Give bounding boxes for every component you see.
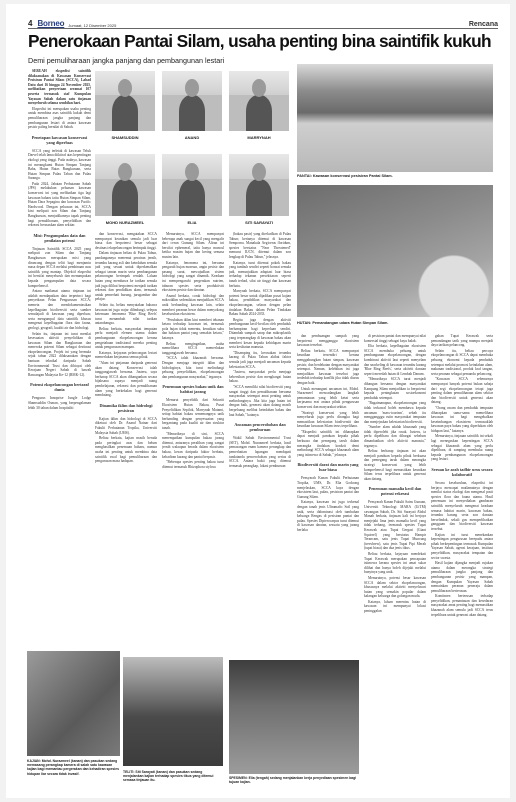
spesimen-night-work-photo bbox=[229, 660, 359, 774]
paragraph: Menurutnya, SCCA mempunyai beberapa anak… bbox=[162, 232, 224, 260]
paragraph: "Ekspedisi saintifik ini diharapkan dapa… bbox=[297, 430, 359, 458]
paragraph: Katanya, kejayaan pelancongan lestari me… bbox=[95, 351, 157, 360]
paragraph: "Bagaimanapun, ekopelancongan yang tidak… bbox=[364, 401, 426, 424]
portrait-name: MARRYNAH bbox=[229, 135, 289, 140]
section-heading: Ancaman pencerobohan dan pemburuan bbox=[229, 422, 291, 432]
issue-date: Jumaat, 12 Disember 2025 bbox=[68, 23, 116, 28]
paragraph: dan konservasi, mengatakan SCCA mempunya… bbox=[95, 232, 157, 250]
teliti-specimen-photo bbox=[123, 657, 223, 766]
paragraph: Begitu juga dengan aktiviti pembangunan … bbox=[229, 318, 291, 350]
paragraph: di pesisiran pantai dan mempunyai nilai … bbox=[364, 334, 426, 343]
paragraph: Beliau berkata, SCCA mempunyai keunikan … bbox=[297, 349, 359, 386]
section-heading: Seruan ke arah tadbir urus secara kolabo… bbox=[431, 467, 493, 477]
article-column-1: SEBUAH ekspedisi saintifik dilaksanakan … bbox=[28, 69, 91, 649]
paragraph: Selain itu, beliau percaya ekopelanconga… bbox=[431, 349, 493, 377]
paragraph: Beliau berkata, kajian masih berada pada… bbox=[95, 436, 157, 464]
section-heading: Penemuan mamalia kecil dan potensi rekre… bbox=[364, 486, 426, 496]
portrait-name: MOHD NURAZMEEL bbox=[95, 220, 155, 225]
paragraph: Beliau mengingatkan, usaha memelihara SC… bbox=[162, 342, 224, 356]
paragraph: "Sumber alam adalah khazanah yang tidak … bbox=[364, 425, 426, 448]
paragraph: Wakil Sabah Environmental Trust (SET), M… bbox=[229, 436, 291, 468]
section-heading: Penemuan spesies bakau unik dan habitat … bbox=[162, 384, 224, 394]
section-heading: Dinamika iklim dan hidrologi pesisiran bbox=[95, 403, 157, 413]
photo-caption-spesimen: SPESIMEN: Elia (tengah) sedang menjalank… bbox=[229, 776, 359, 784]
paragraph: "Kawasan SCCA sebenarnya mempunyai banya… bbox=[431, 377, 493, 405]
masthead: 4 Borneo Jumaat, 12 Disember 2025 Rencan… bbox=[28, 17, 498, 29]
lead-paragraph: SEBUAH ekspedisi saintifik dilaksanakan … bbox=[28, 69, 91, 106]
paragraph: Elia berkata, kepelbagaian ekosistem SCC… bbox=[364, 344, 426, 376]
paragraph: Katanya, turut ditemui pokok bakau yang … bbox=[229, 261, 291, 289]
paragraph: Ekspedisi ini merupakan usaha penting un… bbox=[28, 107, 91, 130]
paragraph: Pada 2024, Jabatan Perhutanan Sabah (JPS… bbox=[28, 182, 91, 228]
paragraph: Tinjauan Saintifik SCCA 2025 yang melipu… bbox=[28, 247, 91, 288]
forest-aerial-photo bbox=[297, 185, 493, 317]
article-column-6: di pesisiran pantai dan mempunyai nilai … bbox=[364, 334, 426, 796]
paragraph: Beliau berkata, masyarakat tempatan perl… bbox=[95, 327, 157, 350]
paragraph: Katanya, fenomena ini, bersama pengaruh … bbox=[162, 261, 224, 293]
section-heading: Penetapan kawasan konservasi yang diperl… bbox=[28, 135, 91, 145]
paragraph: Kajian ini turut menekankan kepentingan … bbox=[431, 533, 493, 561]
portrait-name: SITI SARAYATI bbox=[229, 220, 289, 225]
paragraph: Selain itu, beliau menyatakan bahawa kaw… bbox=[95, 303, 157, 326]
paragraph: Pengurus Innoprise Jungle Lodge Shamsudd… bbox=[28, 396, 91, 410]
article-column-2: dan konservasi, mengatakan SCCA mempunya… bbox=[95, 232, 157, 648]
portrait-photo-elia bbox=[162, 154, 222, 216]
paragraph: SCCA yang terletak di kawasan Teluk Darv… bbox=[28, 149, 91, 181]
paragraph: Kajian iklim dan hidrologi di SCCA diket… bbox=[95, 417, 157, 435]
paragraph: Secara keseluruhan, ekspedisi ini berjay… bbox=[431, 481, 493, 532]
paragraph: "Menariknya di sini, SCCA menempatkan ku… bbox=[162, 432, 224, 460]
paragraph: "Perubahan iklim kini memberi tekanan ke… bbox=[162, 318, 224, 341]
paragraph: "Orang awam dan penduduk tempatan dihara… bbox=[431, 406, 493, 434]
photo-caption-teliti: TELITI: Siti Sarayati (kanan) dan pasuka… bbox=[123, 770, 223, 783]
coastline-aerial-photo bbox=[297, 64, 493, 172]
paragraph: Selain itu, tinjauan ini turut menilai k… bbox=[28, 332, 91, 378]
paragraph: Katanya, laluan merentas hutan di kawasa… bbox=[364, 600, 426, 614]
portrait-name: SHAMSUDDIN bbox=[95, 135, 155, 140]
paragraph: Antara matlamat utama tinjauan ini adala… bbox=[28, 289, 91, 330]
paragraph: "Strategi konservasi yang lebih menyelur… bbox=[297, 411, 359, 429]
paragraph: dan pembuangan sampah yang berpotensi me… bbox=[297, 334, 359, 348]
photo-caption-kajian: KAJIAN: Mohd. Nurazmeel (kanan) dan pasu… bbox=[27, 759, 120, 776]
paragraph: "Justeru, masyarakat perlu menjaga keber… bbox=[229, 370, 291, 384]
paragraph: Untuk menangani ancaman ini, Mohd. Nuraz… bbox=[297, 387, 359, 410]
paragraph: Menurutnya, tinjauan saintifik ini sekal… bbox=[431, 434, 493, 462]
paragraph: Beliau berharap tinjauan ini akan menjad… bbox=[364, 449, 426, 481]
paragraph: "Beberapa spesies penting bakau turut di… bbox=[162, 460, 224, 469]
photo-caption-hutan: HUTAN: Pemandangan udara Hutan Simpan Si… bbox=[297, 321, 493, 326]
portrait-photo-siti-sarayati bbox=[229, 154, 289, 216]
photo-caption-pantai: PANTAI: Kawasan konservasi pesisiran Pan… bbox=[297, 174, 493, 179]
paragraph: "SCCA ialah khazanah bersama. Dengan men… bbox=[162, 356, 224, 379]
portrait-photo-anand bbox=[162, 71, 222, 131]
paragraph: Marrynah berkata, SCCA mempunyai potensi… bbox=[229, 289, 291, 317]
publication-logo: Borneo bbox=[37, 19, 64, 28]
newspaper-page: 4 Borneo Jumaat, 12 Disember 2025 Rencan… bbox=[6, 4, 510, 798]
paragraph: gahan Tupai Kerawak serta pemandangan ta… bbox=[431, 334, 493, 348]
headline: Penerokaan Pantai Silam, usaha penting b… bbox=[28, 31, 502, 52]
paragraph: Katanya, kawasan ini juga terkenal denga… bbox=[297, 500, 359, 532]
paragraph: Komitmen berterusan terhadap penyelidika… bbox=[431, 594, 493, 617]
paragraph: Pensyarah Kanan Fakulti Perhutanan Tropi… bbox=[297, 476, 359, 499]
article-column-5: dan pembuangan sampah yang berpotensi me… bbox=[297, 334, 359, 654]
paragraph: Beliau berkata, kejayaan mendekati Tupai… bbox=[364, 552, 426, 575]
portrait-name: ELIA bbox=[162, 220, 222, 225]
article-column-7: gahan Tupai Kerawak serta pemandangan ta… bbox=[431, 334, 493, 796]
paragraph: Hasil kajian dijangka menjadi rujukan ut… bbox=[431, 561, 493, 593]
portrait-name: ANAND bbox=[162, 135, 222, 140]
paragraph: Menurut penyelidik dari Sekuriti Ekosist… bbox=[162, 398, 224, 430]
paragraph: "Disamping itu, kerosakan terumbu karang… bbox=[229, 351, 291, 369]
section-heading: Potensi ekopelancongan bertaraf dunia bbox=[28, 382, 91, 392]
paragraph: Dalam tinjauan beliau di Pulau Tabun, pa… bbox=[95, 251, 157, 302]
paragraph: (bakau pasir) yang direkodkan di Pulau T… bbox=[229, 232, 291, 260]
portrait-photo-mohd-nurazmeel bbox=[95, 154, 155, 216]
page-number: 4 bbox=[28, 19, 32, 28]
section-label: Rencana bbox=[469, 21, 498, 28]
portrait-photo-shamsuddin bbox=[95, 71, 155, 131]
section-heading: Biodiversiti darat dan marin yang luar b… bbox=[297, 462, 359, 472]
paragraph: "Menariknya SCCA turut menjadi dibangun … bbox=[364, 377, 426, 400]
portrait-photo-marrynah bbox=[229, 71, 289, 131]
article-column-4: (bakau pasir) yang direkodkan di Pulau T… bbox=[229, 232, 291, 664]
paragraph: Menurutnya, potensi besar kawasan SCCA d… bbox=[364, 576, 426, 599]
subheadline: Demi pemuliharaan jangka panjang dan pem… bbox=[28, 56, 224, 65]
paragraph: Pensyarah Kanan Fakulti Sains Gunaan, Un… bbox=[364, 500, 426, 551]
paragraph: "SCCA memiliki nilai biodiversiti yang s… bbox=[229, 385, 291, 417]
paragraph: "Alam ini pinjaman daripada generasi aka… bbox=[95, 361, 157, 398]
kajian-camera-trap-photo bbox=[27, 651, 120, 756]
paragraph: Anand berkata, corak hidrologi dan mikro… bbox=[162, 294, 224, 317]
section-heading: Misi: Pengumpulan data dan penilaian pot… bbox=[28, 233, 91, 243]
article-column-3: Menurutnya, SCCA mempunyai beberapa anak… bbox=[162, 232, 224, 648]
